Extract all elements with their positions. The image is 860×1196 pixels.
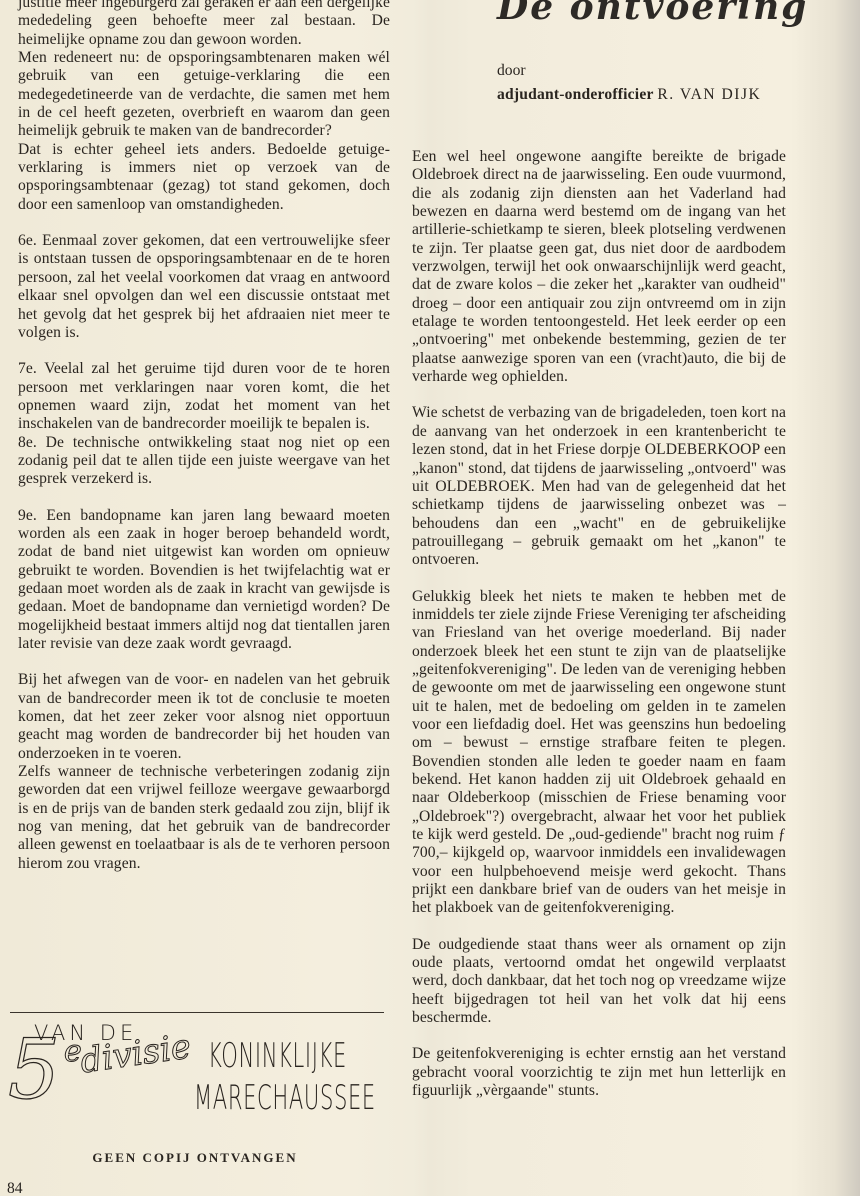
left-column-text: justitie meer ingeburgerd zal geraken er… (18, 0, 390, 873)
paragraph-point-9: 9e. Een bandopname kan jaren lang bewaar… (18, 507, 390, 654)
banner-marechaussee: MARECHAUSSEE (194, 1078, 376, 1118)
banner-koninklijke: KONINKLIJKE (208, 1036, 347, 1076)
article-title: De ontvoering (497, 0, 808, 28)
paragraph: Dat is echter geheel iets anders. Bedoel… (18, 141, 390, 214)
byline-author: adjudant-onderofficier R. VAN DIJK (497, 86, 761, 104)
article-body: Een wel heel ongewone aangifte bereikte … (412, 148, 786, 1101)
banner-five: 5 (8, 1030, 60, 1112)
article-paragraph: De oudgediende staat thans weer als orna… (412, 936, 786, 1028)
paragraph-point-8: 8e. De technische ontwikkeling staat nog… (18, 434, 390, 489)
article-paragraph: Wie schetst de verbazing van de brigadel… (412, 404, 786, 569)
banner-subtitle: GEEN COPIJ ONTVANGEN (0, 1150, 390, 1166)
paragraph-point-7: 7e. Veelal zal het geruime tijd duren vo… (18, 360, 390, 433)
article-paragraph: Gelukkig bleek het niets te maken te heb… (412, 588, 786, 918)
section-divider (10, 1012, 384, 1013)
byline-door: door (497, 62, 526, 80)
article-paragraph: Een wel heel ongewone aangifte bereikte … (412, 148, 786, 386)
page-number: 84 (7, 1180, 23, 1196)
article-paragraph: De geitenfokvereniging is echter ernstig… (412, 1045, 786, 1100)
paragraph-point-6: 6e. Eenmaal zover gekomen, dat een vertr… (18, 232, 390, 342)
paragraph: Men redeneert nu: de opsporingsambtenare… (18, 49, 390, 141)
byline-rank: adjudant-onderofficier (497, 86, 657, 103)
paragraph-conclusion: Bij het afwegen van de voor- en nadelen … (18, 671, 390, 763)
paragraph: justitie meer ingeburgerd zal geraken er… (18, 0, 390, 49)
byline-name: R. VAN DIJK (657, 86, 761, 103)
paragraph-closing: Zelfs wanneer de technische verbeteringe… (18, 763, 390, 873)
